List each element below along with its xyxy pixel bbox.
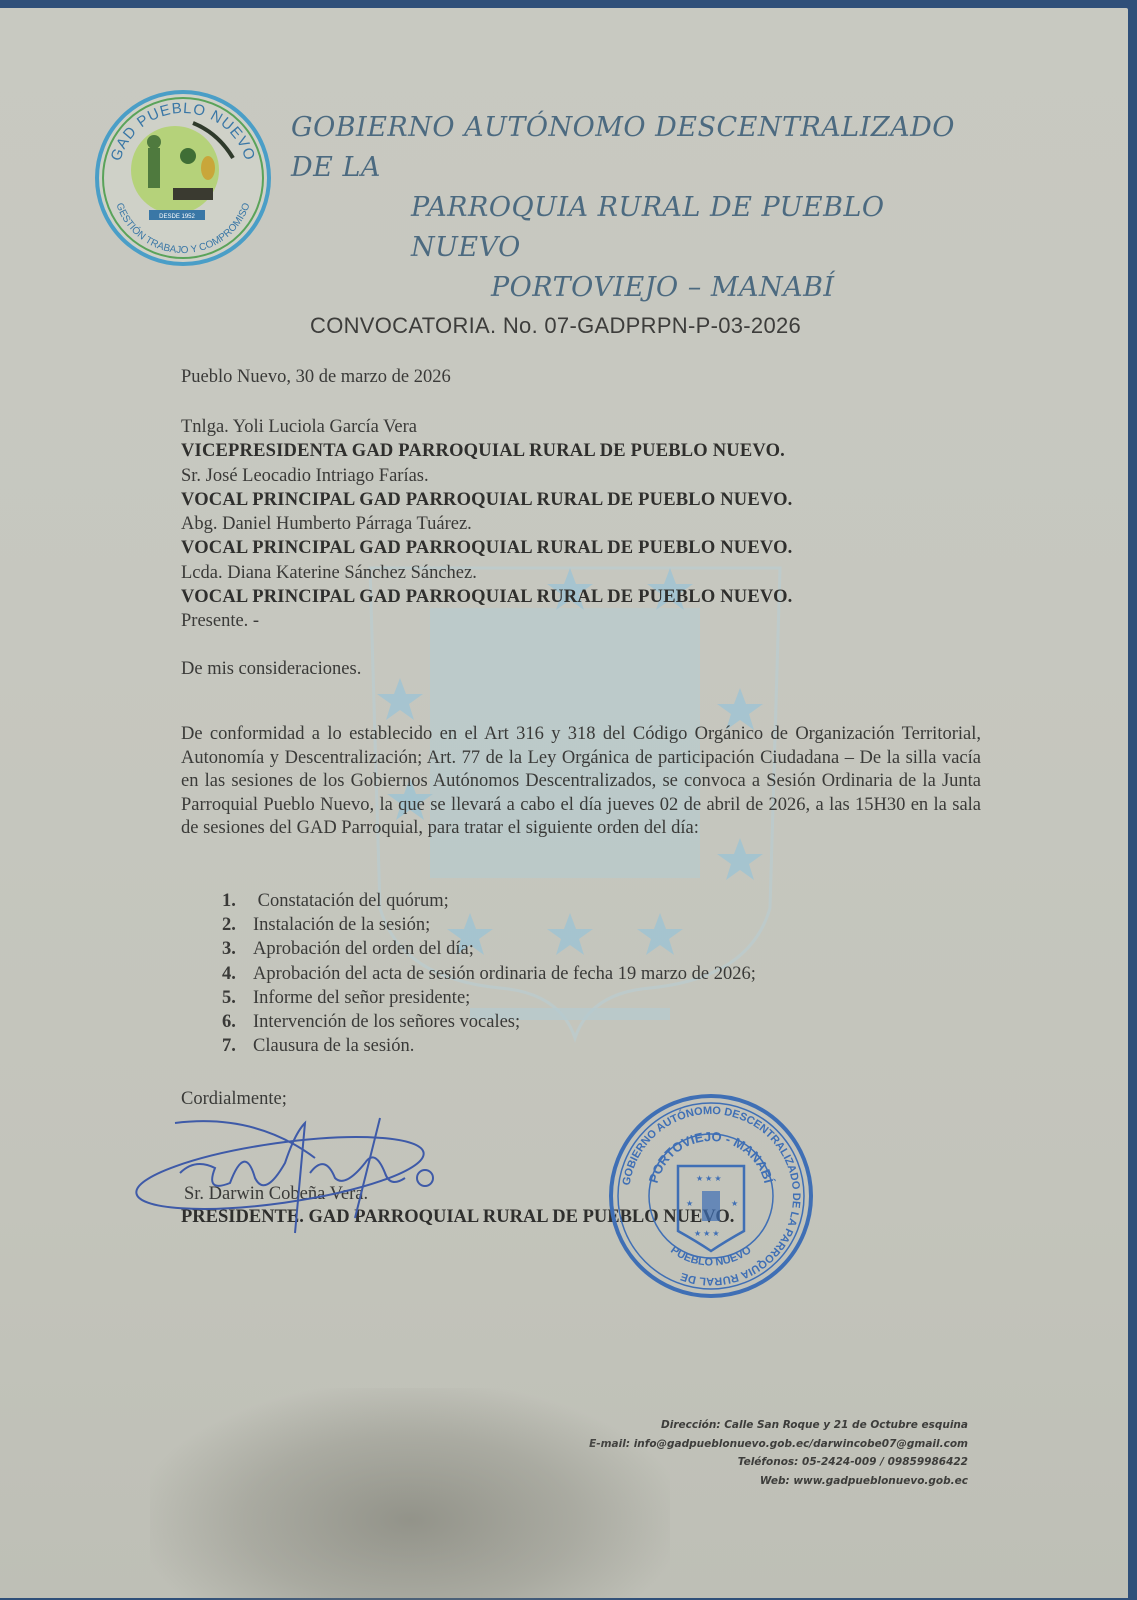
agenda-item: 2.Instalación de la sesión; bbox=[222, 913, 756, 937]
svg-text:★ ★ ★: ★ ★ ★ bbox=[694, 1229, 720, 1238]
recipient-role: VOCAL PRINCIPAL GAD PARROQUIAL RURAL DE … bbox=[181, 488, 793, 512]
header-line-3: PORTOVIEJO – MANABÍ bbox=[286, 268, 976, 308]
recipient-name: Tnlga. Yoli Luciola García Vera bbox=[181, 415, 793, 439]
agenda-item: 7.Clausura de la sesión. bbox=[222, 1034, 756, 1058]
contact-footer: Dirección: Calle San Roque y 21 de Octub… bbox=[589, 1416, 968, 1490]
footer-phones: Teléfonos: 05-2424-009 / 09859986422 bbox=[589, 1453, 968, 1472]
greeting: De mis consideraciones. bbox=[181, 659, 361, 680]
recipient-name: Lcda. Diana Katerine Sánchez Sánchez. bbox=[181, 561, 793, 585]
gad-logo-icon: GAD PUEBLO NUEVO GESTIÓN TRABAJO Y COMPR… bbox=[93, 88, 273, 268]
document-page: GAD PUEBLO NUEVO GESTIÓN TRABAJO Y COMPR… bbox=[0, 8, 1128, 1598]
agenda-item: 1. Constatación del quórum; bbox=[222, 889, 756, 913]
recipients-block: Tnlga. Yoli Luciola García Vera VICEPRES… bbox=[181, 415, 793, 634]
agenda-item: 4.Aprobación del acta de sesión ordinari… bbox=[222, 962, 756, 986]
recipient-role: VOCAL PRINCIPAL GAD PARROQUIAL RURAL DE … bbox=[181, 585, 793, 609]
agenda-list: 1. Constatación del quórum; 2.Instalació… bbox=[222, 889, 756, 1058]
recipient-role: VICEPRESIDENTA GAD PARROQUIAL RURAL DE P… bbox=[181, 439, 793, 463]
closing: Cordialmente; bbox=[181, 1089, 287, 1110]
body-paragraph: De conformidad a lo establecido en el Ar… bbox=[181, 723, 981, 841]
agenda-item: 6.Intervención de los señores vocales; bbox=[222, 1010, 756, 1034]
svg-text:★: ★ bbox=[731, 1199, 738, 1208]
svg-text:DESDE 1952: DESDE 1952 bbox=[159, 214, 195, 220]
recipient-name: Sr. José Leocadio Intriago Farías. bbox=[181, 464, 793, 488]
presente-line: Presente. - bbox=[181, 609, 793, 633]
svg-text:★ ★ ★: ★ ★ ★ bbox=[696, 1174, 722, 1183]
official-stamp-icon: ★ ★ ★ ★ ★ ★ ★ ★ GOBIERNO AUTÓNOMO DESCEN… bbox=[606, 1091, 816, 1301]
svg-text:★: ★ bbox=[686, 1199, 693, 1208]
footer-email: E-mail: info@gadpueblonuevo.gob.ec/darwi… bbox=[589, 1435, 968, 1454]
agenda-item: 5.Informe del señor presidente; bbox=[222, 986, 756, 1010]
recipient-role: VOCAL PRINCIPAL GAD PARROQUIAL RURAL DE … bbox=[181, 536, 793, 560]
signer-name: Sr. Darwin Cobeña Vera. bbox=[184, 1184, 368, 1205]
agenda-item: 3.Aprobación del orden del día; bbox=[222, 937, 756, 961]
header-line-1: GOBIERNO AUTÓNOMO DESCENTRALIZADO DE LA bbox=[286, 108, 976, 188]
footer-web: Web: www.gadpueblonuevo.gob.ec bbox=[589, 1472, 968, 1491]
recipient-name: Abg. Daniel Humberto Párraga Tuárez. bbox=[181, 512, 793, 536]
document-title: CONVOCATORIA. No. 07-GADPRPN-P-03-2026 bbox=[310, 313, 801, 339]
header-line-2: PARROQUIA RURAL DE PUEBLO NUEVO bbox=[286, 188, 976, 268]
svg-text:PUEBLO NUEVO: PUEBLO NUEVO bbox=[668, 1244, 754, 1269]
institution-header: GOBIERNO AUTÓNOMO DESCENTRALIZADO DE LA … bbox=[286, 108, 976, 308]
footer-address: Dirección: Calle San Roque y 21 de Octub… bbox=[589, 1416, 968, 1435]
date-line: Pueblo Nuevo, 30 de marzo de 2026 bbox=[181, 367, 451, 388]
